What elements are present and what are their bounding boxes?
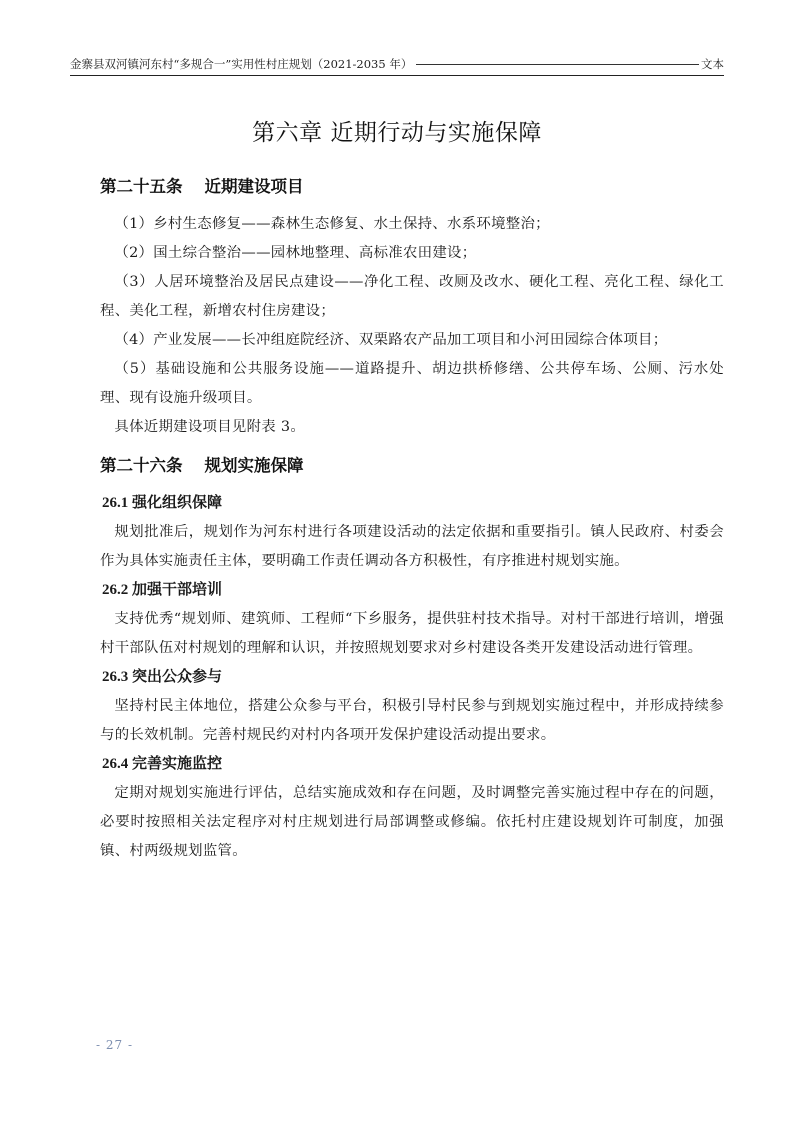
section-text: 坚持村民主体地位，搭建公众参与平台，积极引导村民参与到规划实施过程中，并形成持续…: [100, 692, 724, 750]
list-item: （2）国土综合整治——园林地整理、高标准农田建设；: [100, 239, 724, 268]
chapter-title: 第六章 近期行动与实施保障: [0, 114, 794, 147]
article-number: 第二十五条: [100, 177, 183, 196]
list-item: （4）产业发展——长冲组庭院经济、双栗路农产品加工项目和小河田园综合体项目；: [100, 326, 724, 355]
article-note: 具体近期建设项目见附表 3。: [100, 413, 724, 442]
article-heading: 规划实施保障: [205, 456, 304, 475]
header-leader-line: [416, 64, 699, 65]
section-text: 支持优秀“规划师、建筑师、工程师“下乡服务，提供驻村技术指导。对村干部进行培训，…: [100, 605, 724, 663]
section-title: 26.2 加强干部培训: [100, 576, 724, 605]
article-25-title: 第二十五条近期建设项目: [100, 172, 724, 202]
article-heading: 近期建设项目: [205, 177, 304, 196]
section-title: 26.4 完善实施监控: [100, 750, 724, 779]
page-number: - 27 -: [96, 1038, 133, 1052]
section-title: 26.1 强化组织保障: [100, 489, 724, 518]
section-title: 26.3 突出公众参与: [100, 663, 724, 692]
page-content: 第二十五条近期建设项目 （1）乡村生态修复——森林生态修复、水土保持、水系环境整…: [100, 172, 724, 866]
header-right-label: 文本: [701, 56, 724, 72]
article-26-title: 第二十六条规划实施保障: [100, 451, 724, 481]
section-text: 规划批准后，规划作为河东村进行各项建设活动的法定依据和重要指引。镇人民政府、村委…: [100, 518, 724, 576]
article-number: 第二十六条: [100, 456, 183, 475]
list-item: （3）人居环境整治及居民点建设——净化工程、改厕及改水、硬化工程、亮化工程、绿化…: [100, 268, 724, 326]
header-title: 金寨县双河镇河东村“多规合一”实用性村庄规划（2021-2035 年）: [70, 56, 412, 72]
running-header: 金寨县双河镇河东村“多规合一”实用性村庄规划（2021-2035 年） 文本: [70, 56, 724, 76]
list-item: （1）乡村生态修复——森林生态修复、水土保持、水系环境整治；: [100, 210, 724, 239]
list-item: （5）基础设施和公共服务设施——道路提升、胡边拱桥修缮、公共停车场、公厕、污水处…: [100, 355, 724, 413]
section-text: 定期对规划实施进行评估，总结实施成效和存在问题，及时调整完善实施过程中存在的问题…: [100, 779, 724, 866]
